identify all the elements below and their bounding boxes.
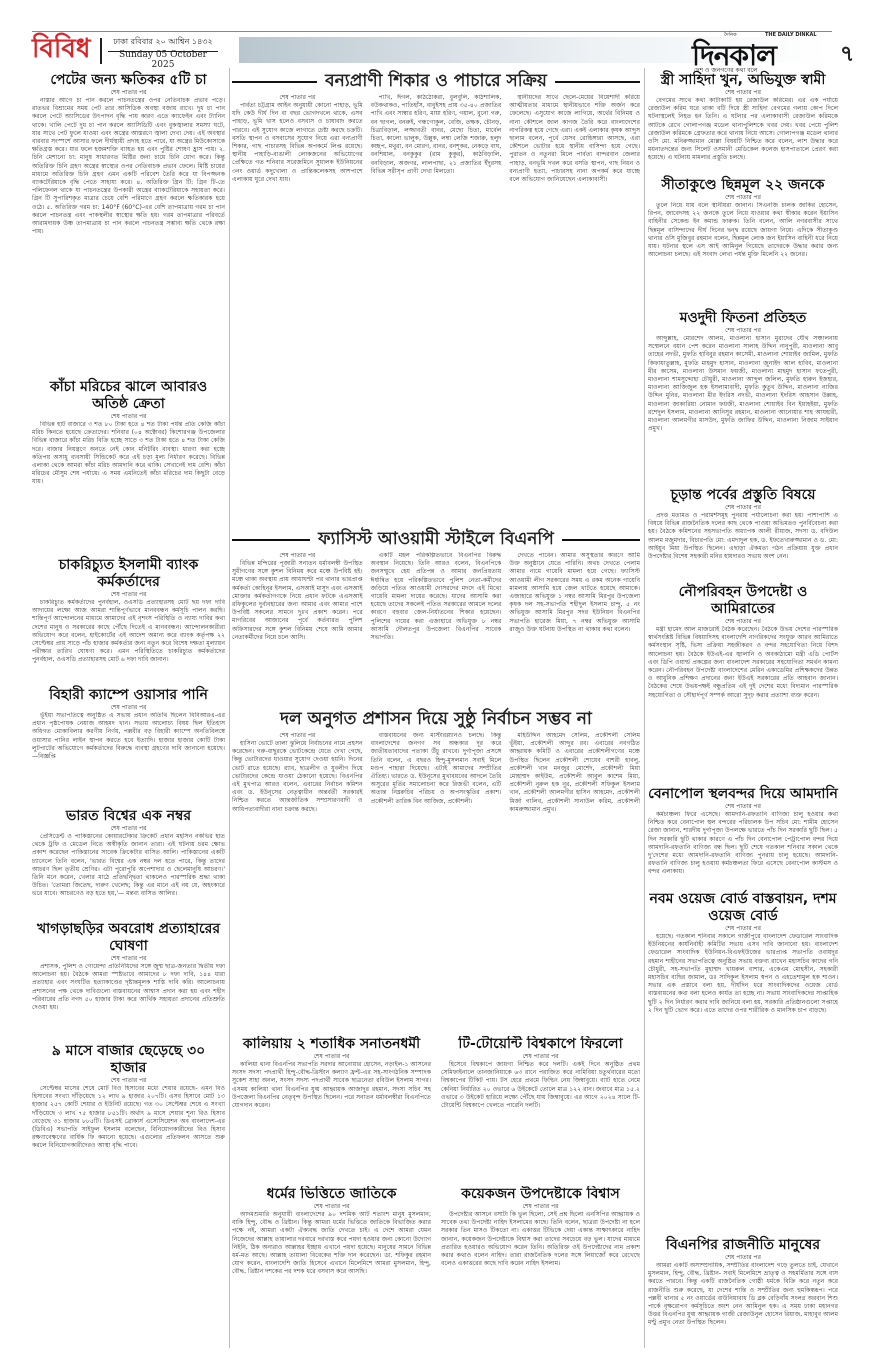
- headline-rule: [562, 539, 640, 541]
- headline: ভারত বিশ্বের এক নম্বর: [32, 808, 225, 825]
- article-body: আমরা একটি অসাম্প্রদায়িক, সম্প্রীতির বাং…: [648, 1262, 838, 1338]
- article-body: প্রশাসক, পুলিশ ও গোয়েন্দা প্রতিনিধিদের …: [32, 963, 225, 1039]
- headline-rule: [232, 539, 310, 541]
- masthead: বিবিধ ঢাকা রবিবার ২০ আশ্বিন ১৪৩২ Sunday …: [32, 31, 832, 61]
- row-religion-advisers: ধর্মের ভিত্তিতে জাতিকে শেষ পাতার পর আদমশ…: [232, 1186, 640, 1346]
- row-kalia-t20: কালিয়ায় ২ শতাধিক সনাতনধর্মী শেষ পাতার …: [232, 1036, 640, 1180]
- headline: বন্যপ্রাণী শিকার ও পাচারে সক্রিয়: [325, 68, 547, 96]
- headline: বিএনপির রাজনীতি মানুষের: [648, 1237, 838, 1254]
- article-body: চাকরিচ্যুত কর্মকর্তাদের পুনর্বহাল, ওএসডি…: [32, 599, 225, 683]
- article-final-phase: চূড়ান্ত পর্বের প্রস্তুতি বিষয়ে শেষ পাত…: [648, 487, 838, 580]
- headline-election: দল অনুগত প্রশাসন দিয়ে সুষ্ঠু নির্বাচন স…: [232, 706, 640, 734]
- article-body: সেপ্টেম্বর মাসের শেষে মোট বিও হিসাবের মধ…: [32, 1085, 225, 1241]
- article-religion: ধর্মের ভিত্তিতে জাতিকে শেষ পাতার পর আদমশ…: [232, 1186, 431, 1346]
- headline-rule: [232, 81, 317, 83]
- article-islami-bank: চাকরিচ্যুত ইসলামী ব্যাংক কর্মকর্তাদের শে…: [32, 557, 225, 683]
- article-sitakunda: সীতাকুণ্ডে ছিন্নমূল ২২ জনকে শেষ পাতার পর…: [648, 177, 838, 306]
- headline: কয়েকজন উপদেষ্টাকে বিশ্বাস: [441, 1186, 640, 1203]
- continued-label: শেষ পাতার পর: [648, 618, 838, 626]
- left-column: পেটের জন্য ক্ষতিকর ৫টি চা শেষ পাতার পর ন…: [32, 72, 225, 1245]
- headline: খাগড়াছড়ির অবরোধ প্রত্যাহারের ঘোষণা: [32, 921, 225, 955]
- article-body: আদমশুমারি অনুযায়ী বাংলাদেশের ৯০ দশমিক আ…: [232, 1211, 431, 1277]
- headline: ফ্যাসিস্ট আওয়ামী স্টাইলে বিএনপি: [318, 526, 554, 554]
- headline-wildlife: বন্যপ্রাণী শিকার ও পাচারে সক্রিয়: [232, 68, 640, 96]
- article-body: বেগমের সাথে কথা কাটাকাটি হয় রেজাউল করিম…: [648, 97, 838, 173]
- continued-label: শেষ পাতার পর: [648, 89, 838, 97]
- article-t20: টি-টোয়েন্টি বিশ্বকাপে ফিরলো শেষ পাতার প…: [441, 1036, 640, 1180]
- headline-rule: [555, 81, 640, 83]
- article-green-chili: কাঁচা মরিচের ঝালে আবারও অতিষ্ঠ ক্রেতা শে…: [32, 379, 225, 553]
- article-advisers: কয়েকজন উপদেষ্টাকে বিশ্বাস শেষ পাতার পর …: [441, 1186, 640, 1346]
- article-body: একটি মহল পরিকল্পিতভাবে বিএনপির বিরুদ্ধ অ…: [371, 552, 502, 642]
- article-body: নাস্তার আগে চা পান করলে পাচনতন্ত্রের ওপর…: [32, 97, 225, 375]
- page-number: ৭: [840, 37, 854, 74]
- article-body: তুলে নিয়ে যায় বলে স্থানীয়রা জানান। সি…: [648, 202, 838, 306]
- continued-label: শেষ পাতার পর: [32, 591, 225, 599]
- continued-label: শেষ পাতার পর: [441, 1053, 640, 1061]
- article-khagrachari: খাগড়াছড়ির অবরোধ প্রত্যাহারের ঘোষণা শেষ…: [32, 921, 225, 1039]
- article-body: প্রদত্ত মতামত ও পরামর্শসমূহ পুনরায় পর্য…: [648, 512, 838, 580]
- article-body: হিসেবে বিশ্বকাপে জায়গা নিশ্চিত করে দলটি…: [441, 1061, 640, 1110]
- headline: ৯ মাসে বাজার ছেড়েছে ৩০ হাজার: [32, 1043, 225, 1077]
- column-divider: [229, 68, 230, 1348]
- headline: ধর্মের ভিত্তিতে জাতিকে: [232, 1186, 431, 1203]
- headline: কাঁচা মরিচের ঝালে আবারও অতিষ্ঠ ক্রেতা: [32, 379, 225, 413]
- article-wife-murder: স্ত্রী সাহিদা খুন, অভিযুক্ত স্বামী শেষ প…: [648, 72, 838, 173]
- headline: সীতাকুণ্ডে ছিন্নমূল ২২ জনকে: [648, 177, 838, 194]
- article-shipping-adviser: নৌপরিবহন উপদেষ্টা ও আমিরাতের শেষ পাতার প…: [648, 584, 838, 782]
- column-divider: [644, 68, 645, 1348]
- article-body: পাখি, ঈগল, কাঠঠোকরা, বুলবুলি, কাঠশালিক, …: [371, 94, 502, 176]
- headline-fascist: ফ্যাসিস্ট আওয়ামী স্টাইলে বিএনপি: [232, 526, 640, 554]
- article-body: বিভিন্ন হাট বাজারে ৩ শত ৮০ টাকা হতে ৪ শত…: [32, 421, 225, 553]
- article-benapole: বেনাপোল স্থলবন্দর দিয়ে আমদানি শেষ পাতার…: [648, 786, 838, 887]
- article-body: পার্বত্য চট্টগ্রাম আইন অনুযায়ী কোনো পাহ…: [232, 102, 363, 184]
- continued-label: শেষ পাতার পর: [32, 825, 225, 833]
- headline: মওদুদী ফিতনা প্রতিহত: [648, 310, 838, 327]
- section-name: বিবিধ: [32, 35, 90, 63]
- article-body: ভূঁইয়া সভাপতিত্বে অনুষ্ঠিত এ সভায় প্রধ…: [32, 712, 225, 804]
- article-body: বাস্তবায়নের জন্য মাস্টারপ্ল্যানও চলছে। …: [371, 732, 502, 806]
- headline: নবম ওয়েজ বোর্ড বাস্তবায়ন, দশম ওয়েজ বো…: [648, 891, 838, 925]
- continued-label: শেষ পাতার পর: [232, 732, 363, 740]
- article-wage-board: নবম ওয়েজ বোর্ড বাস্তবায়ন, দশম ওয়েজ বো…: [648, 891, 838, 1233]
- article-fascist: শেষ পাতার পর বিভিন্ন মন্দিরের পূজারী সনা…: [232, 552, 640, 702]
- article-india-number-one: ভারত বিশ্বের এক নম্বর শেষ পাতার পর প্রেস…: [32, 808, 225, 917]
- headline: পেটের জন্য ক্ষতিকর ৫টি চা: [32, 72, 225, 89]
- article-body: আব্দুল্লাহ, মোরশেদ আলম, মাওলানা হাসান মু…: [648, 335, 838, 483]
- continued-label: শেষ পাতার পর: [32, 413, 225, 421]
- article-bnp-politics: বিএনপির রাজনীতি মানুষের শেষ পাতার পর আমর…: [648, 1237, 838, 1338]
- article-body: মহিউদ্দিন আহমেদ সেলিম, প্রকৌশলী সেলিম ভূ…: [509, 732, 640, 814]
- headline: চূড়ান্ত পর্বের প্রস্তুতি বিষয়ে: [648, 487, 838, 504]
- headline: টি-টোয়েন্টি বিশ্বকাপে ফিরলো: [441, 1036, 640, 1053]
- article-bihari-camp: বিহারী ক্যাম্পে ওয়াসার পানি শেষ পাতার প…: [32, 687, 225, 804]
- headline: চাকরিচ্যুত ইসলামী ব্যাংক কর্মকর্তাদের: [32, 557, 225, 591]
- continued-label: শেষ পাতার পর: [648, 504, 838, 512]
- article-body: স্থানীয়দের সাথে ছেলে-মেয়ের বিয়েশাদী ক…: [509, 94, 640, 184]
- continued-label: শেষ পাতার পর: [32, 89, 225, 97]
- continued-label: শেষ পাতার পর: [32, 704, 225, 712]
- article-kalia: কালিয়ায় ২ শতাধিক সনাতনধর্মী শেষ পাতার …: [232, 1036, 431, 1180]
- article-maududi: মওদুদী ফিতনা প্রতিহত শেষ পাতার পর আব্দুল…: [648, 310, 838, 483]
- headline: বেনাপোল স্থলবন্দর দিয়ে আমদানি: [648, 786, 838, 803]
- headline: দল অনুগত প্রশাসন দিয়ে সুষ্ঠু নির্বাচন স…: [280, 706, 592, 734]
- continued-label: শেষ পাতার পর: [32, 1077, 225, 1085]
- right-column: স্ত্রী সাহিদা খুন, অভিযুক্ত স্বামী শেষ প…: [648, 72, 838, 1342]
- continued-label: শেষ পাতার পর: [441, 1203, 640, 1211]
- continued-label: শেষ পাতার পর: [232, 1203, 431, 1211]
- article-stomach-tea: পেটের জন্য ক্ষতিকর ৫টি চা শেষ পাতার পর ন…: [32, 72, 225, 375]
- continued-label: শেষ পাতার পর: [32, 955, 225, 963]
- continued-label: শেষ পাতার পর: [648, 327, 838, 335]
- date-english: Sunday 05 October 2025: [108, 50, 218, 70]
- article-election: শেষ পাতার পর হাসিনা ভোটে তালা ঝুলিয়ে নি…: [232, 732, 640, 1028]
- article-body: মন্ত্রী হামেদ আল মাজরোই বৈঠক করেছেন। বৈঠ…: [648, 626, 838, 782]
- headline: বিহারী ক্যাম্পে ওয়াসার পানি: [32, 687, 225, 704]
- continued-label: শেষ পাতার পর: [232, 1053, 431, 1061]
- article-stock-market: ৯ মাসে বাজার ছেড়েছে ৩০ হাজার শেষ পাতার …: [32, 1043, 225, 1241]
- article-body: হাসিনা ভোটে তালা ঝুলিয়ে নির্বাচনের নামে…: [232, 740, 363, 814]
- article-body: প্রেসিডেন্ট ও পাকিস্তানের কোয়ারটেকার ক্…: [32, 833, 225, 917]
- continued-label: শেষ পাতার পর: [232, 552, 363, 560]
- continued-label: শেষ পাতার পর: [232, 94, 363, 102]
- headline: নৌপরিবহন উপদেষ্টা ও আমিরাতের: [648, 584, 838, 618]
- article-body: কালিয়া থানা বিএনপির সভাপতি সরদার আনোয়া…: [232, 1061, 431, 1110]
- continued-label: শেষ পাতার পর: [648, 194, 838, 202]
- headline: স্ত্রী সাহিদা খুন, অভিযুক্ত স্বামী: [648, 72, 838, 89]
- article-body: উপদেষ্টার আসনে বসাটা কি ভুল ছিলো, সেই প্…: [441, 1211, 640, 1268]
- article-body: বিভিন্ন মন্দিরের পূজারী সনাতন ধর্মাবলম্ব…: [232, 560, 363, 642]
- masthead-divider: [100, 38, 102, 64]
- headline: কালিয়ায় ২ শতাধিক সনাতনধর্মী: [232, 1036, 431, 1053]
- article-body: কর্মচাঞ্চল্য ফিরে এসেছে। আমদানি-রফতানি ব…: [648, 811, 838, 887]
- continued-label: শেষ পাতার পর: [648, 1254, 838, 1262]
- article-body: হয়েছে। গতকাল শনিবার সকালে গাজীপুরে বাংল…: [648, 933, 838, 1233]
- article-body: দেখতে পাবেন। আমার অসুস্থতার কারণে আমি উক…: [509, 552, 640, 634]
- continued-label: শেষ পাতার পর: [648, 925, 838, 933]
- article-wildlife: শেষ পাতার পর পার্বত্য চট্টগ্রাম আইন অনুয…: [232, 94, 640, 522]
- continued-label: শেষ পাতার পর: [648, 803, 838, 811]
